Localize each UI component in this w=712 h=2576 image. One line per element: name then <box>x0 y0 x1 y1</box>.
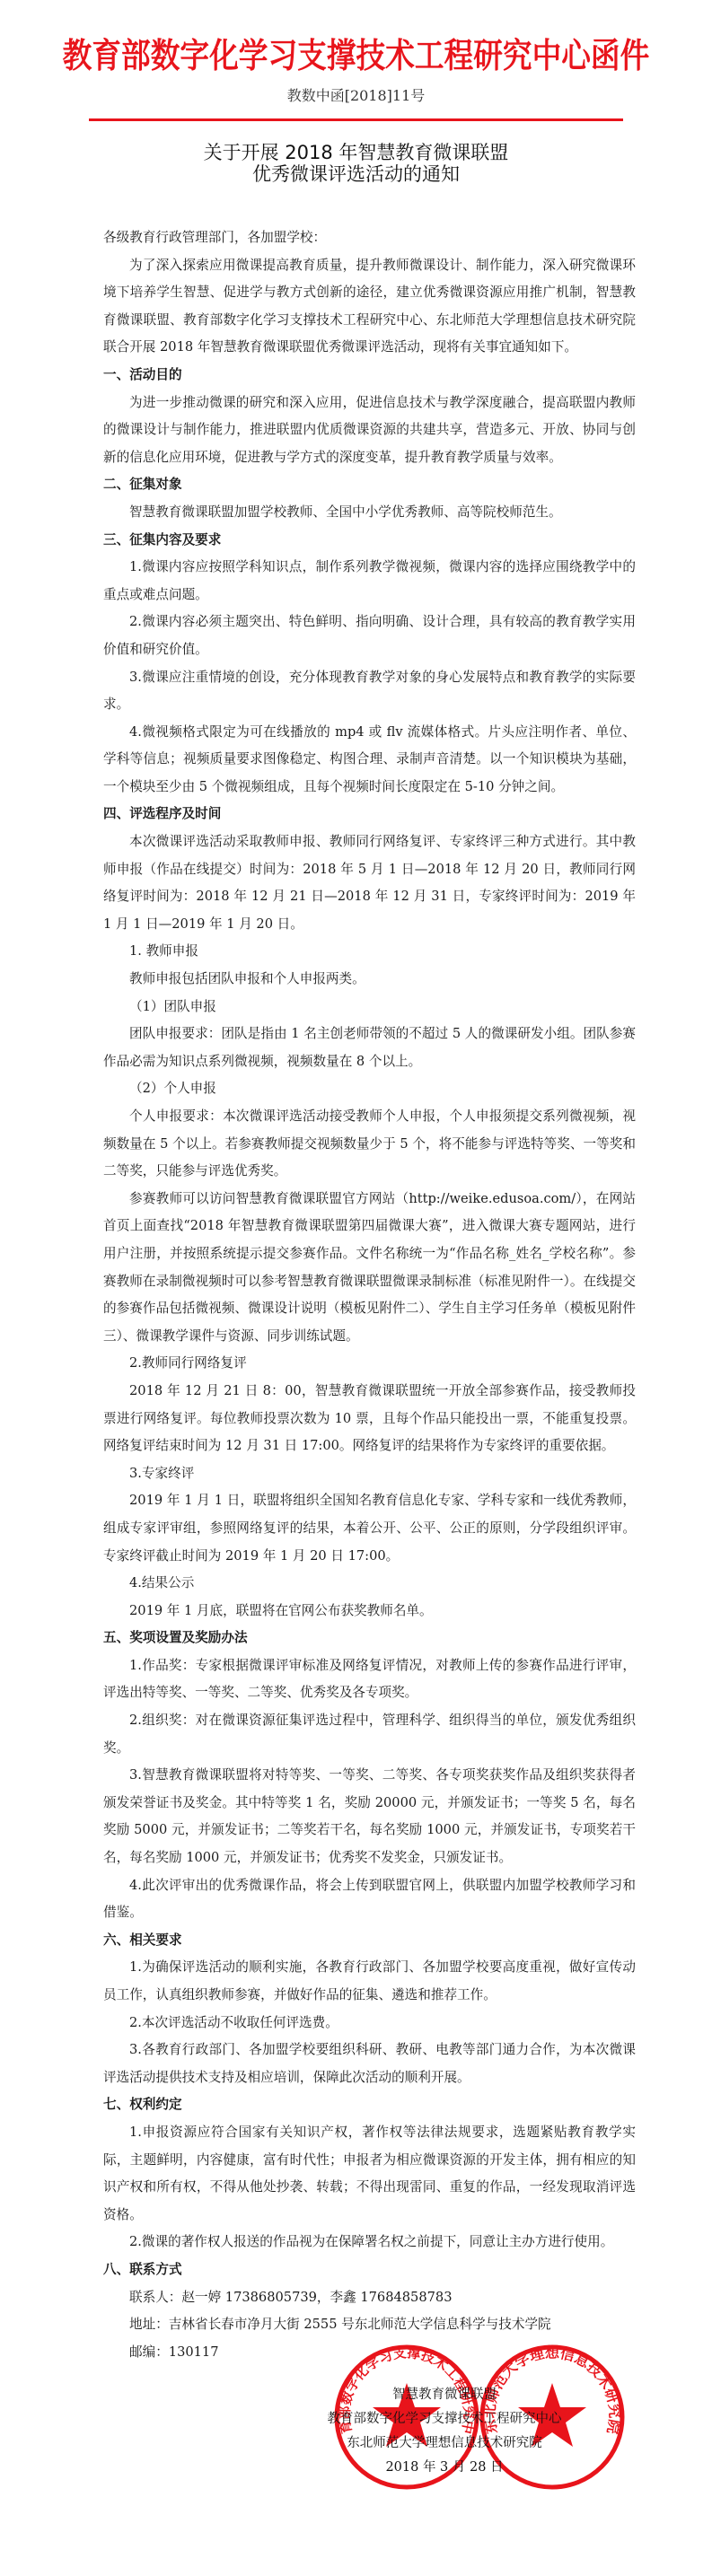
signature-org-2: 教育部数字化学习支撑技术工程研究中心 <box>296 2407 593 2431</box>
section-7-item: 2.微课的著作权人报送的作品视为在保障署名权之前提下，同意让主办方进行使用。 <box>103 2229 636 2256</box>
notice-title-line2: 优秀微课评选活动的通知 <box>0 163 712 185</box>
salutation: 各级教育行政管理部门，各加盟学校： <box>103 224 636 252</box>
team-application-text: 团队申报要求：团队是指由 1 名主创老师带领的不超过 5 人的微课研发小组。团队… <box>103 1021 636 1075</box>
notice-title: 关于开展 2018 年智慧教育微课联盟 优秀微课评选活动的通知 <box>0 142 712 185</box>
intro-paragraph: 为了深入探索应用微课提高教育质量，提升教师微课设计、制作能力，深入研究微课环境下… <box>103 252 636 362</box>
section-6-item: 2.本次评选活动不收取任何评选费。 <box>103 2010 636 2037</box>
section-heading-4: 四、评选程序及时间 <box>103 801 636 828</box>
section-5-item: 1.作品奖：专家根据微课评审标准及网络复评情况，对教师上传的参赛作品进行评审，评… <box>103 1652 636 1707</box>
section-5-item: 3.智慧教育微课联盟将对特等奖、一等奖、二等奖、各专项奖获奖作品及组织奖获得者颁… <box>103 1762 636 1871</box>
peer-review-text: 2018 年 12 月 21 日 8：00，智慧教育微课联盟统一开放全部参赛作品… <box>103 1378 636 1460</box>
signature-org-3: 东北师范大学理想信息技术研究院 <box>296 2431 593 2456</box>
website-link[interactable]: http://weike.edusoa.com/ <box>409 1191 576 1206</box>
masthead-title: 教育部数字化学习支撑技术工程研究中心函件 <box>50 34 663 77</box>
team-application-title: （1）团队申报 <box>103 994 636 1021</box>
signature-date: 2018 年 3 月 28 日 <box>296 2456 593 2480</box>
individual-application-text: 个人申报要求：本次微课评选活动接受教师个人申报，个人申报须提交系列微视频，视频数… <box>103 1103 636 1186</box>
section-heading-7: 七、权利约定 <box>103 2091 636 2119</box>
section-heading-1: 一、活动目的 <box>103 362 636 390</box>
section-5-item: 2.组织奖：对在微课资源征集评选过程中，管理科学、组织得当的单位，颁发优秀组织奖… <box>103 1707 636 1762</box>
website-paragraph: 参赛教师可以访问智慧教育微课联盟官方网站（http://weike.edusoa… <box>103 1186 636 1351</box>
website-text-after: ），在网站首页上面查找“2018 年智慧教育微课联盟第四届微课大赛”，进入微课大… <box>103 1191 636 1344</box>
section-heading-3: 三、征集内容及要求 <box>103 527 636 555</box>
teacher-application-text: 教师申报包括团队申报和个人申报两类。 <box>103 966 636 994</box>
section-6-item: 1.为确保评选活动的顺利实施，各教育行政部门、各加盟学校要高度重视，做好宣传动员… <box>103 1954 636 2009</box>
section-7-item: 1.申报资源应符合国家有关知识产权，著作权等法律法规要求，选题紧贴教育教学实际，… <box>103 2119 636 2229</box>
section-3-item: 2.微课内容必须主题突出、特色鲜明、指向明确、设计合理，具有较高的教育教学实用价… <box>103 609 636 663</box>
section-3-item: 1.微课内容应按照学科知识点，制作系列教学微视频，微课内容的选择应围绕教学中的重… <box>103 554 636 609</box>
section-3-item: 3.微课应注重情境的创设，充分体现教育教学对象的身心发展特点和教育教学的实际要求… <box>103 664 636 719</box>
results-text: 2019 年 1 月底，联盟将在官网公布获奖教师名单。 <box>103 1598 636 1625</box>
section-2-text: 智慧教育微课联盟加盟学校教师、全国中小学优秀教师、高等院校师范生。 <box>103 499 636 527</box>
section-3-item: 4.微视频格式限定为可在线播放的 mp4 或 flv 流媒体格式。片头应注明作者… <box>103 719 636 802</box>
section-4-text: 本次微课评选活动采取教师申报、教师同行网络复评、专家终评三种方式进行。其中教师申… <box>103 828 636 938</box>
results-title: 4.结果公示 <box>103 1570 636 1598</box>
signature-org-1: 智慧教育微课联盟 <box>296 2383 593 2407</box>
section-heading-8: 八、联系方式 <box>103 2256 636 2284</box>
section-6-item: 3.各教育行政部门、各加盟学校要组织科研、教研、电教等部门通力合作，为本次微课评… <box>103 2037 636 2091</box>
teacher-application-title: 1. 教师申报 <box>103 938 636 966</box>
section-heading-2: 二、征集对象 <box>103 471 636 499</box>
document-page: 教育部数字化学习支撑技术工程研究中心函件 教数中函[2018]11号 关于开展 … <box>0 0 712 2576</box>
notice-title-line1: 关于开展 2018 年智慧教育微课联盟 <box>0 142 712 163</box>
individual-application-title: （2）个人申报 <box>103 1075 636 1103</box>
section-heading-6: 六、相关要求 <box>103 1927 636 1955</box>
section-1-text: 为进一步推动微课的研究和深入应用，促进信息技术与教学深度融合，提高联盟内教师的微… <box>103 390 636 472</box>
expert-review-text: 2019 年 1 月 1 日，联盟将组织全国知名教育信息化专家、学科专家和一线优… <box>103 1487 636 1570</box>
red-divider <box>89 118 623 121</box>
section-heading-5: 五、奖项设置及奖励办法 <box>103 1625 636 1652</box>
document-number: 教数中函[2018]11号 <box>0 86 712 106</box>
website-text-before: 参赛教师可以访问智慧教育微课联盟官方网站（ <box>129 1191 409 1206</box>
section-5-item: 4.此次评审出的优秀微课作品，将会上传到联盟官网上，供联盟内加盟学校教师学习和借… <box>103 1872 636 1927</box>
peer-review-title: 2.教师同行网络复评 <box>103 1350 636 1378</box>
signature-block: 智慧教育微课联盟 教育部数字化学习支撑技术工程研究中心 东北师范大学理想信息技术… <box>296 2383 593 2480</box>
document-body: 各级教育行政管理部门，各加盟学校： 为了深入探索应用微课提高教育质量，提升教师微… <box>103 224 636 2366</box>
contact-people: 联系人：赵一婷 17386805739，李鑫 17684858783 <box>103 2284 636 2312</box>
contact-address: 地址：吉林省长春市净月大街 2555 号东北师范大学信息科学与技术学院 <box>103 2311 636 2339</box>
expert-review-title: 3.专家终评 <box>103 1460 636 1488</box>
